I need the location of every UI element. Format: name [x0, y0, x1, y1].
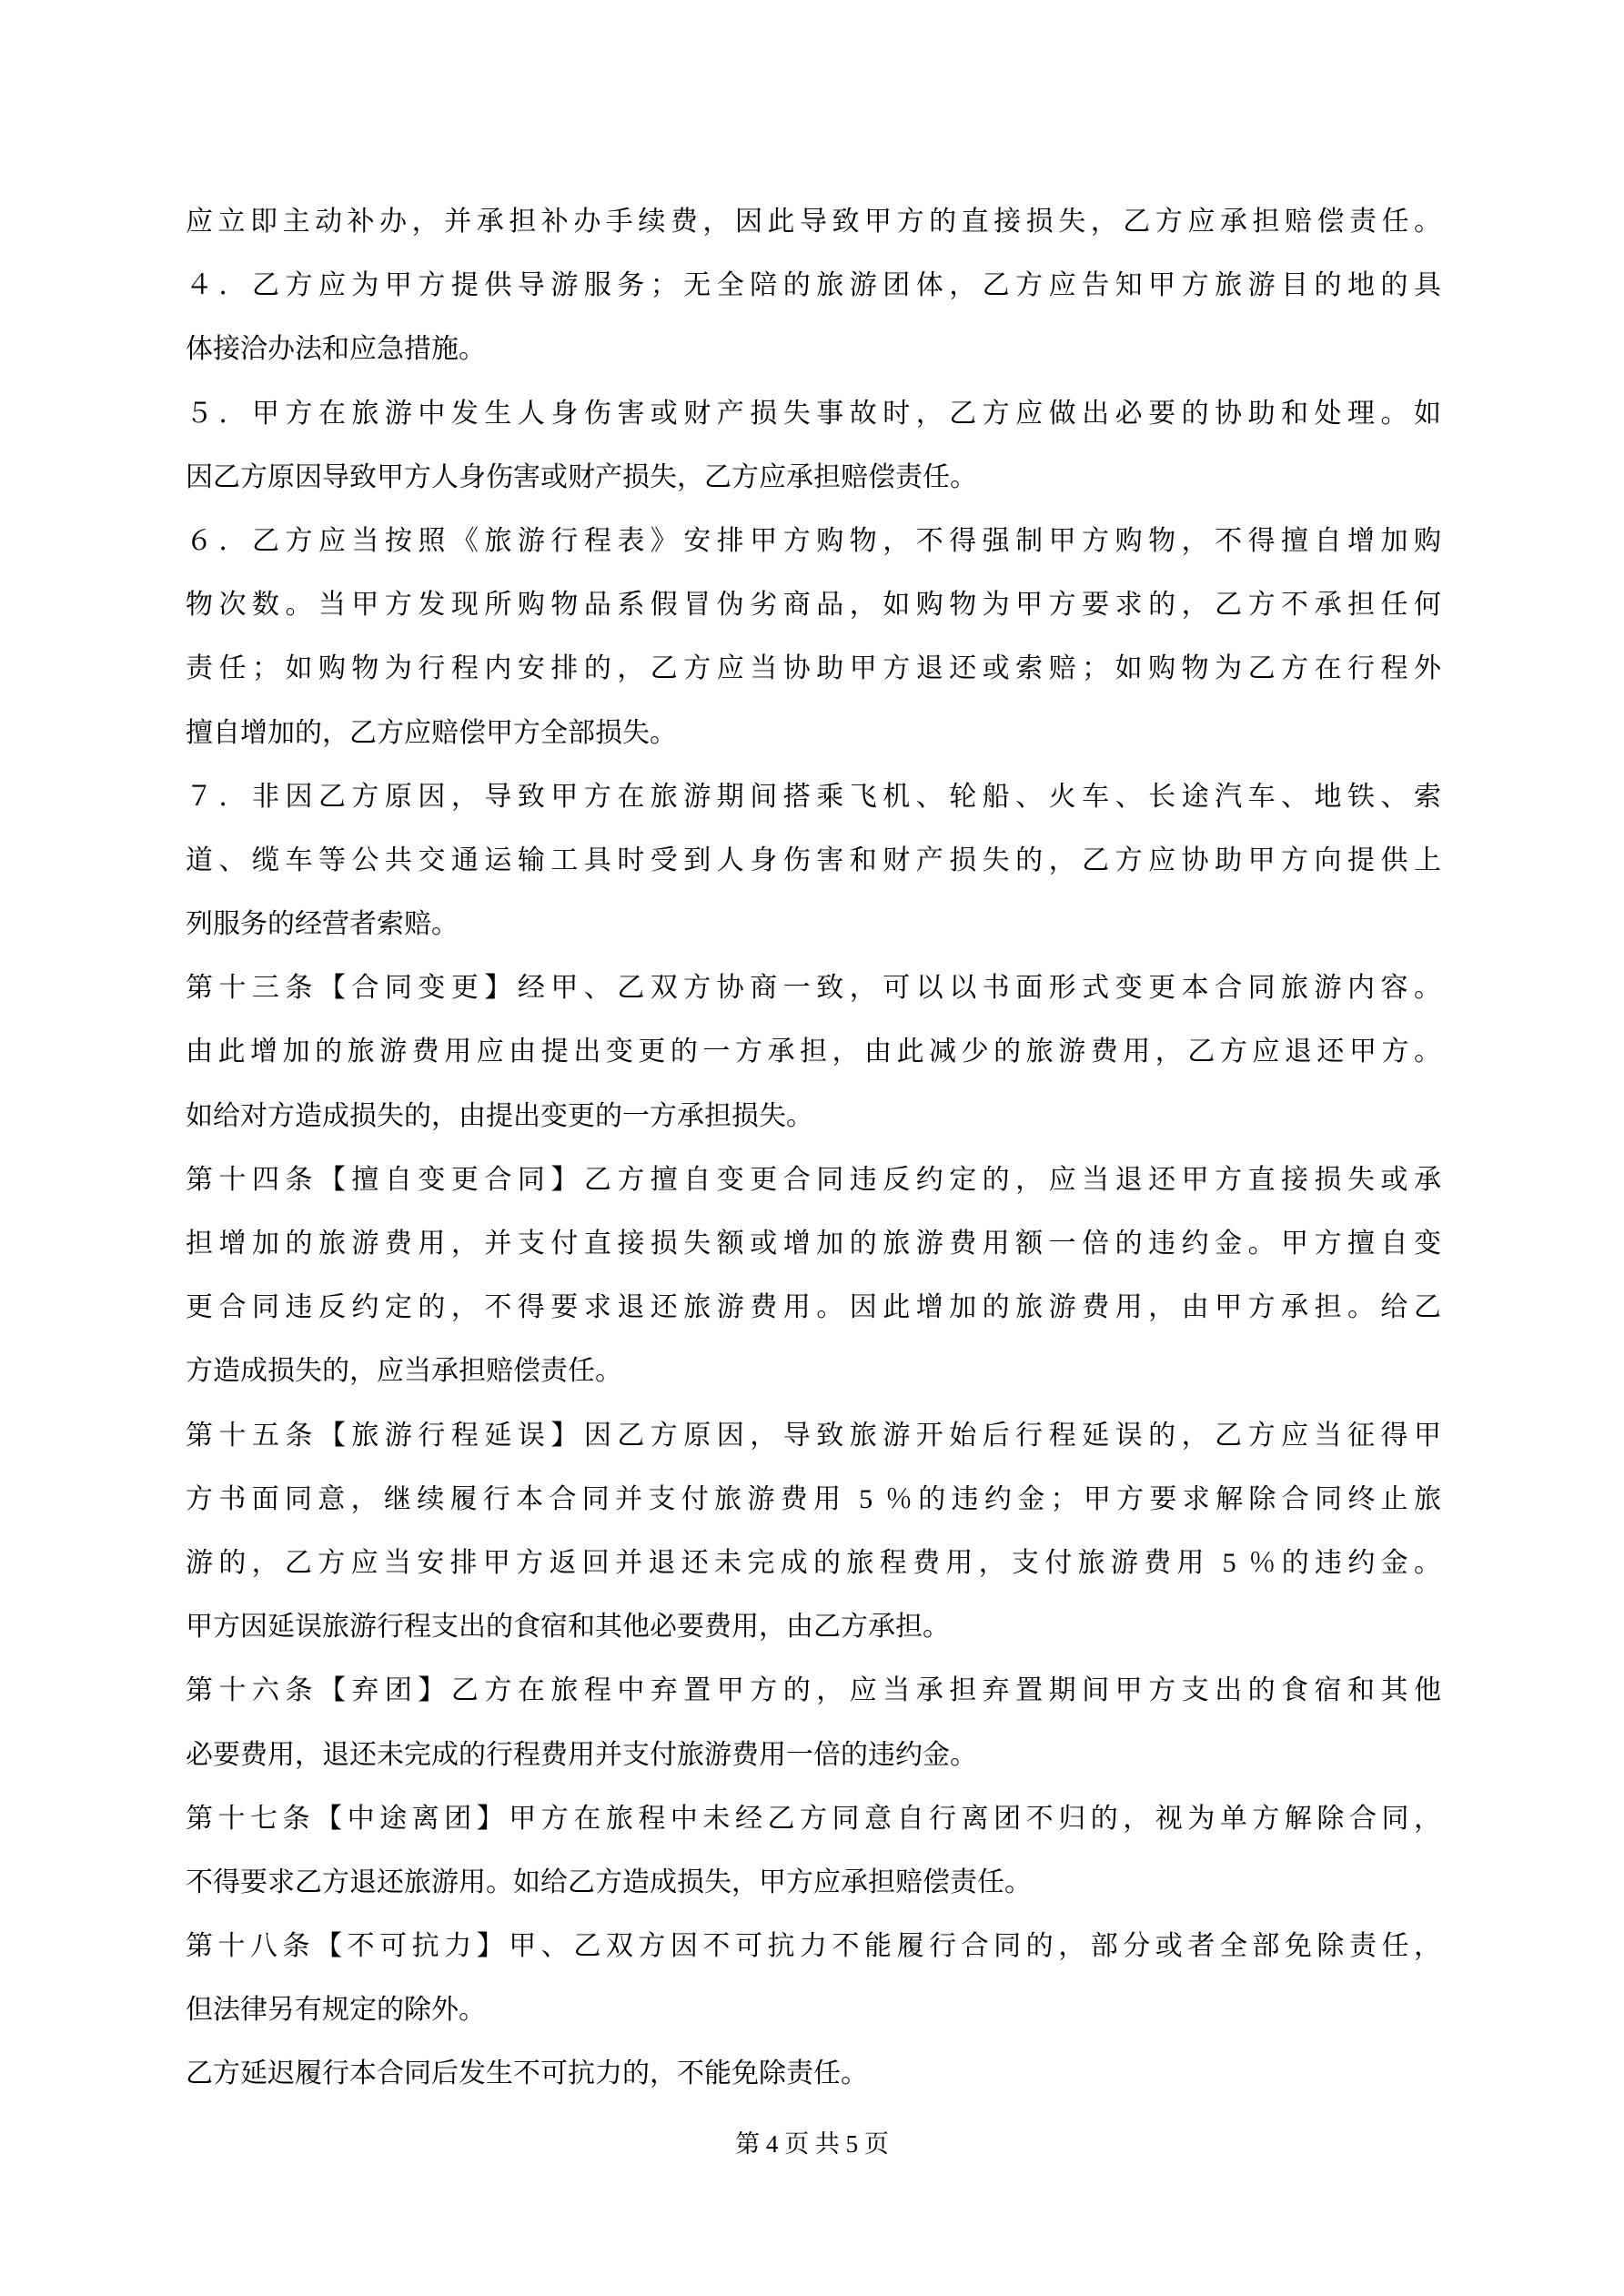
contract-line: 道、缆车等公共交通运输工具时受到人身伤害和财产损失的，乙方应协助甲方向提供上 — [186, 829, 1441, 893]
contract-line: 方书面同意，继续履行本合同并支付旅游费用 5 ％的违约金；甲方要求解除合同终止旅 — [186, 1468, 1441, 1532]
contract-line: 物次数。当甲方发现所购物品系假冒伪劣商品，如购物为甲方要求的，乙方不承担任何 — [186, 573, 1441, 637]
document-page: 应立即主动补办，并承担补办手续费，因此导致甲方的直接损失，乙方应承担赔偿责任。４… — [0, 0, 1624, 2296]
contract-line: 甲方因延误旅游行程支出的食宿和其他必要费用，由乙方承担。 — [186, 1595, 1441, 1659]
contract-line: 由此增加的旅游费用应由提出变更的一方承担，由此减少的旅游费用，乙方应退还甲方。 — [186, 1020, 1441, 1084]
page-number-footer: 第 4 页 共 5 页 — [0, 2126, 1624, 2163]
contract-line: 游的，乙方应当安排甲方返回并退还未完成的旅程费用，支付旅游费用 5 ％的违约金。 — [186, 1532, 1441, 1595]
contract-line: ４．乙方应为甲方提供导游服务；无全陪的旅游团体，乙方应告知甲方旅游目的地的具 — [186, 254, 1441, 318]
contract-line: ６．乙方应当按照《旅游行程表》安排甲方购物，不得强制甲方购物，不得擅自增加购 — [186, 510, 1441, 573]
contract-line: 因乙方原因导致甲方人身伤害或财产损失，乙方应承担赔偿责任。 — [186, 446, 1441, 510]
contract-line: 更合同违反约定的，不得要求退还旅游费用。因此增加的旅游费用，由甲方承担。给乙 — [186, 1276, 1441, 1340]
contract-line: 责任；如购物为行程内安排的，乙方应当协助甲方退还或索赔；如购物为乙方在行程外 — [186, 637, 1441, 701]
contract-line: 体接洽办法和应急措施。 — [186, 318, 1441, 381]
contract-line: 乙方延迟履行本合同后发生不可抗力的，不能免除责任。 — [186, 2042, 1441, 2106]
contract-line: 第十五条【旅游行程延误】因乙方原因，导致旅游开始后行程延误的，乙方应当征得甲 — [186, 1404, 1441, 1468]
contract-line: ７．非因乙方原因，导致甲方在旅游期间搭乘飞机、轮船、火车、长途汽车、地铁、索 — [186, 765, 1441, 829]
contract-line: 第十三条【合同变更】经甲、乙双方协商一致，可以以书面形式变更本合同旅游内容。 — [186, 956, 1441, 1020]
contract-line: 应立即主动补办，并承担补办手续费，因此导致甲方的直接损失，乙方应承担赔偿责任。 — [186, 190, 1441, 254]
contract-line: 如给对方造成损失的，由提出变更的一方承担损失。 — [186, 1085, 1441, 1148]
contract-line: 但法律另有规定的除外。 — [186, 1978, 1441, 2042]
contract-line: 擅自增加的，乙方应赔偿甲方全部损失。 — [186, 702, 1441, 765]
contract-line: ５．甲方在旅游中发生人身伤害或财产损失事故时，乙方应做出必要的协助和处理。如 — [186, 382, 1441, 446]
contract-line: 必要费用，退还未完成的行程费用并支付旅游费用一倍的违约金。 — [186, 1724, 1441, 1787]
contract-line: 第十六条【弃团】乙方在旅程中弃置甲方的，应当承担弃置期间甲方支出的食宿和其他 — [186, 1659, 1441, 1723]
contract-line: 担增加的旅游费用，并支付直接损失额或增加的旅游费用额一倍的违约金。甲方擅自变 — [186, 1212, 1441, 1276]
contract-line: 列服务的经营者索赔。 — [186, 893, 1441, 956]
contract-line: 不得要求乙方退还旅游用。如给乙方造成损失，甲方应承担赔偿责任。 — [186, 1851, 1441, 1915]
contract-line: 第十八条【不可抗力】甲、乙双方因不可抗力不能履行合同的，部分或者全部免除责任， — [186, 1915, 1441, 1978]
contract-text-block: 应立即主动补办，并承担补办手续费，因此导致甲方的直接损失，乙方应承担赔偿责任。４… — [186, 190, 1441, 2107]
contract-line: 第十四条【擅自变更合同】乙方擅自变更合同违反约定的，应当退还甲方直接损失或承 — [186, 1148, 1441, 1212]
contract-line: 第十七条【中途离团】甲方在旅程中未经乙方同意自行离团不归的，视为单方解除合同， — [186, 1787, 1441, 1851]
contract-line: 方造成损失的，应当承担赔偿责任。 — [186, 1340, 1441, 1403]
